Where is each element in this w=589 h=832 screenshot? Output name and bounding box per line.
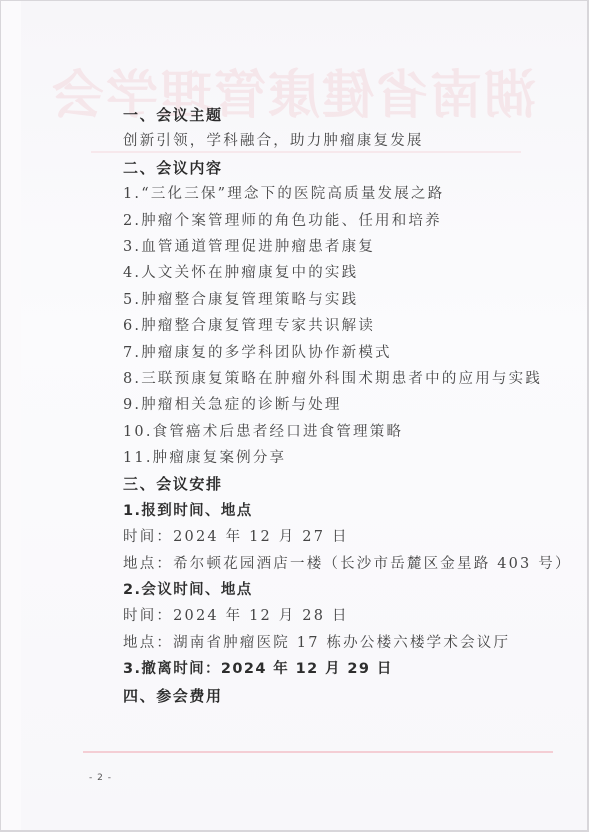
content-item: 1.“三化三保”理念下的医院高质量发展之路	[123, 181, 563, 207]
content-item: 3.血管通道管理促进肿瘤患者康复	[123, 234, 563, 260]
theme-text: 创新引领，学科融合，助力肿瘤康复发展	[123, 128, 563, 154]
registration-place: 地点：希尔顿花园酒店一楼（长沙市岳麓区金星路 403 号）	[123, 551, 563, 577]
content-item: 10.食管癌术后患者经口进食管理策略	[123, 419, 563, 445]
content-item: 7.肿瘤康复的多学科团队协作新模式	[123, 340, 563, 366]
document-page: 湖南省健康管理学会 一、会议主题 创新引领，学科融合，助力肿瘤康复发展 二、会议…	[1, 1, 587, 830]
section-heading-theme: 一、会议主题	[123, 102, 563, 128]
content-item: 5.肿瘤整合康复管理策略与实践	[123, 287, 563, 313]
content-item: 2.肿瘤个案管理师的角色功能、任用和培养	[123, 208, 563, 234]
content-item: 11.肿瘤康复案例分享	[123, 445, 563, 471]
departure-time: 3.撤离时间：2024 年 12 月 29 日	[123, 656, 563, 682]
meeting-place: 地点：湖南省肿瘤医院 17 栋办公楼六楼学术会议厅	[123, 630, 563, 656]
page-number: - 2 -	[89, 773, 112, 783]
content-item: 6.肿瘤整合康复管理专家共识解读	[123, 313, 563, 339]
registration-heading: 1.报到时间、地点	[123, 498, 563, 524]
meeting-time: 时间：2024 年 12 月 28 日	[123, 603, 563, 629]
section-heading-fees: 四、参会费用	[123, 683, 563, 709]
content-item: 8.三联预康复策略在肿瘤外科围术期患者中的应用与实践	[123, 366, 563, 392]
registration-time: 时间：2024 年 12 月 27 日	[123, 524, 563, 550]
meeting-heading: 2.会议时间、地点	[123, 577, 563, 603]
bleed-through-rule-bottom	[83, 751, 553, 753]
section-heading-arrangement: 三、会议安排	[123, 471, 563, 497]
document-body: 一、会议主题 创新引领，学科融合，助力肿瘤康复发展 二、会议内容 1.“三化三保…	[123, 102, 563, 709]
content-item: 9.肿瘤相关急症的诊断与处理	[123, 392, 563, 418]
content-item: 4.人文关怀在肿瘤康复中的实践	[123, 260, 563, 286]
section-heading-content: 二、会议内容	[123, 155, 563, 181]
